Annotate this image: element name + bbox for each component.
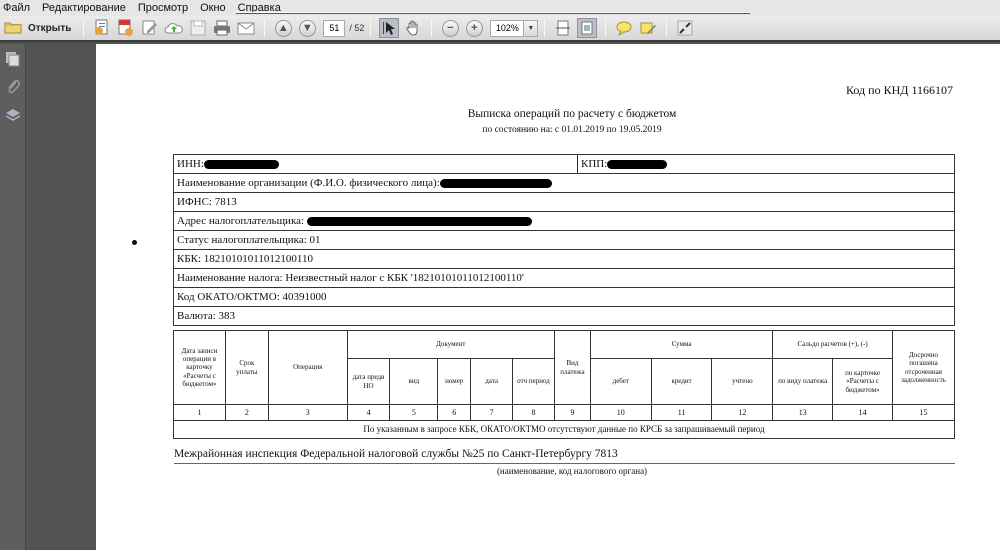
col-header-13: по виду платежа: [773, 359, 833, 405]
minus-icon: −: [442, 20, 459, 37]
col-header-14: по карточке «Расчеты с бюджетом»: [833, 359, 893, 405]
address-label: Адрес налогоплательщика:: [177, 215, 304, 227]
col-header-9: Вид платежа: [554, 331, 590, 405]
ifns-cell: ИФНС: 7813: [174, 193, 955, 212]
open-button[interactable]: Открыть: [0, 17, 77, 39]
menu-view[interactable]: Просмотр: [134, 0, 196, 16]
open-label: Открыть: [28, 23, 71, 34]
col-number: 15: [892, 405, 954, 421]
page-total: / 52: [349, 23, 364, 33]
col-header-8: отч период: [513, 359, 555, 405]
upload-cloud-icon[interactable]: [164, 18, 184, 38]
col-header-11: кредит: [651, 359, 712, 405]
zoom-select[interactable]: 102% ▼: [490, 20, 538, 37]
page-thumbnails-icon[interactable]: [0, 46, 26, 72]
col-number: 10: [590, 405, 651, 421]
redacted-inn: [204, 160, 279, 169]
toolbar-separator: [666, 19, 667, 37]
document-page: Код по КНД 1166107 Выписка операций по р…: [96, 44, 1000, 550]
toolbar-separator: [605, 19, 606, 37]
col-number: 12: [712, 405, 773, 421]
zoom-in-button[interactable]: +: [464, 18, 484, 38]
toolbar-separator: [431, 19, 432, 37]
plus-icon: +: [466, 20, 483, 37]
redacted-org-name: [440, 179, 552, 188]
status-cell: Статус налогоплательщика: 01: [174, 231, 955, 250]
col-number: 11: [651, 405, 712, 421]
email-icon[interactable]: [236, 18, 256, 38]
col-number: 9: [554, 405, 590, 421]
sign-icon: [639, 20, 657, 36]
col-number: 5: [390, 405, 438, 421]
zoom-out-button[interactable]: −: [440, 18, 460, 38]
tax-authority-name: Межрайонная инспекция Федеральной налого…: [174, 448, 955, 464]
menu-bar-edge: [236, 12, 750, 14]
col-header-10: дебет: [590, 359, 651, 405]
menu-bar: Файл Редактирование Просмотр Окно Справк…: [0, 0, 1000, 16]
col-header-12: учтено: [712, 359, 773, 405]
col-header-15: Досрочно погашена отсроченная задолженно…: [892, 331, 954, 405]
col-header-saldo: Сальдо расчетов (+), (-): [773, 331, 893, 359]
col-number: 7: [471, 405, 513, 421]
redacted-kpp: [607, 160, 667, 169]
create-pdf-icon[interactable]: [92, 18, 112, 38]
menu-window[interactable]: Окно: [196, 0, 234, 16]
no-data-message: По указанным в запросе КБК, ОКАТО/ОКТМО …: [174, 421, 955, 439]
next-page-button[interactable]: ▼: [297, 18, 317, 38]
menu-file[interactable]: Файл: [0, 0, 38, 16]
bullet-dot: [132, 240, 137, 245]
okato-cell: Код ОКАТО/ОКТМО: 40391000: [174, 288, 955, 307]
col-number: 1: [174, 405, 226, 421]
tax-authority-caption: (наименование, код налогового органа): [96, 466, 1000, 476]
col-header-2: Срок уплаты: [225, 331, 268, 405]
address-cell: Адрес налогоплательщика:: [174, 212, 955, 231]
knd-code: Код по КНД 1166107: [846, 83, 953, 98]
col-number: 14: [833, 405, 893, 421]
redacted-address: [307, 217, 532, 226]
toolbar-separator: [83, 19, 84, 37]
save-icon[interactable]: [188, 18, 208, 38]
cursor-icon: [382, 20, 396, 36]
arrow-up-icon: ▲: [275, 20, 292, 37]
navigation-pane: [0, 44, 26, 550]
kbk-cell: КБК: 18210101011012100110: [174, 250, 955, 269]
column-numbers-row: 1 2 3 4 5 6 7 8 9 10 11 12 13 14 15: [174, 405, 955, 421]
page-number-input[interactable]: 51: [323, 20, 345, 37]
fit-width-button[interactable]: [553, 18, 573, 38]
col-number: 3: [268, 405, 347, 421]
inn-label: ИНН:: [177, 158, 204, 170]
comment-icon: [615, 20, 633, 36]
col-number: 13: [773, 405, 833, 421]
toolbar-separator: [264, 19, 265, 37]
operations-table: Дата записи операции в карточку «Расчеты…: [173, 330, 955, 439]
fullscreen-button[interactable]: [675, 18, 695, 38]
org-label: Наименование организации (Ф.И.О. физичес…: [177, 177, 440, 189]
col-number: 2: [225, 405, 268, 421]
col-header-1: Дата записи операции в карточку «Расчеты…: [174, 331, 226, 405]
kpp-cell: КПП:: [578, 155, 955, 174]
edit-document-icon[interactable]: [140, 18, 160, 38]
prev-page-button[interactable]: ▲: [273, 18, 293, 38]
col-header-7: дата: [471, 359, 513, 405]
toolbar-separator: [544, 19, 545, 37]
arrow-down-icon: ▼: [299, 20, 316, 37]
col-header-document: Документ: [347, 331, 554, 359]
comment-button[interactable]: [614, 18, 634, 38]
expand-icon: [677, 20, 693, 36]
layers-icon[interactable]: [0, 102, 26, 128]
viewer-background: [26, 44, 96, 550]
hand-tool-button[interactable]: [403, 18, 423, 38]
print-icon[interactable]: [212, 18, 232, 38]
fit-page-button[interactable]: [577, 18, 597, 38]
attachments-icon[interactable]: [0, 74, 26, 100]
hand-icon: [405, 20, 421, 36]
fit-page-icon: [579, 20, 595, 36]
col-number: 6: [438, 405, 471, 421]
sign-button[interactable]: [638, 18, 658, 38]
org-name-cell: Наименование организации (Ф.И.О. физичес…: [174, 174, 955, 193]
folder-icon: [4, 20, 22, 37]
inn-cell: ИНН:: [174, 155, 578, 174]
kpp-label: КПП:: [581, 158, 607, 170]
combine-files-icon[interactable]: [116, 18, 136, 38]
col-header-5: вид: [390, 359, 438, 405]
toolbar-separator: [370, 19, 371, 37]
toolbar: Открыть ▲ ▼ 51 / 52 − + 102% ▼: [0, 16, 1000, 42]
menu-edit[interactable]: Редактирование: [38, 0, 134, 16]
document-subtitle: по состоянию на: с 01.01.2019 по 19.05.2…: [96, 125, 1000, 135]
currency-cell: Валюта: 383: [174, 307, 955, 326]
col-number: 8: [513, 405, 555, 421]
fit-width-icon: [555, 20, 571, 36]
chevron-down-icon[interactable]: ▼: [524, 20, 538, 37]
col-header-4: дата предв НО: [347, 359, 390, 405]
col-header-6: номер: [438, 359, 471, 405]
col-number: 4: [347, 405, 390, 421]
col-header-3: Операция: [268, 331, 347, 405]
document-title: Выписка операций по расчету с бюджетом: [96, 108, 1000, 120]
tax-name-cell: Наименование налога: Неизвестный налог с…: [174, 269, 955, 288]
col-header-sum: Сумма: [590, 331, 772, 359]
select-tool-button[interactable]: [379, 18, 399, 38]
taxpayer-info-table: ИНН: КПП: Наименование организации (Ф.И.…: [173, 154, 955, 326]
zoom-value[interactable]: 102%: [490, 20, 524, 37]
